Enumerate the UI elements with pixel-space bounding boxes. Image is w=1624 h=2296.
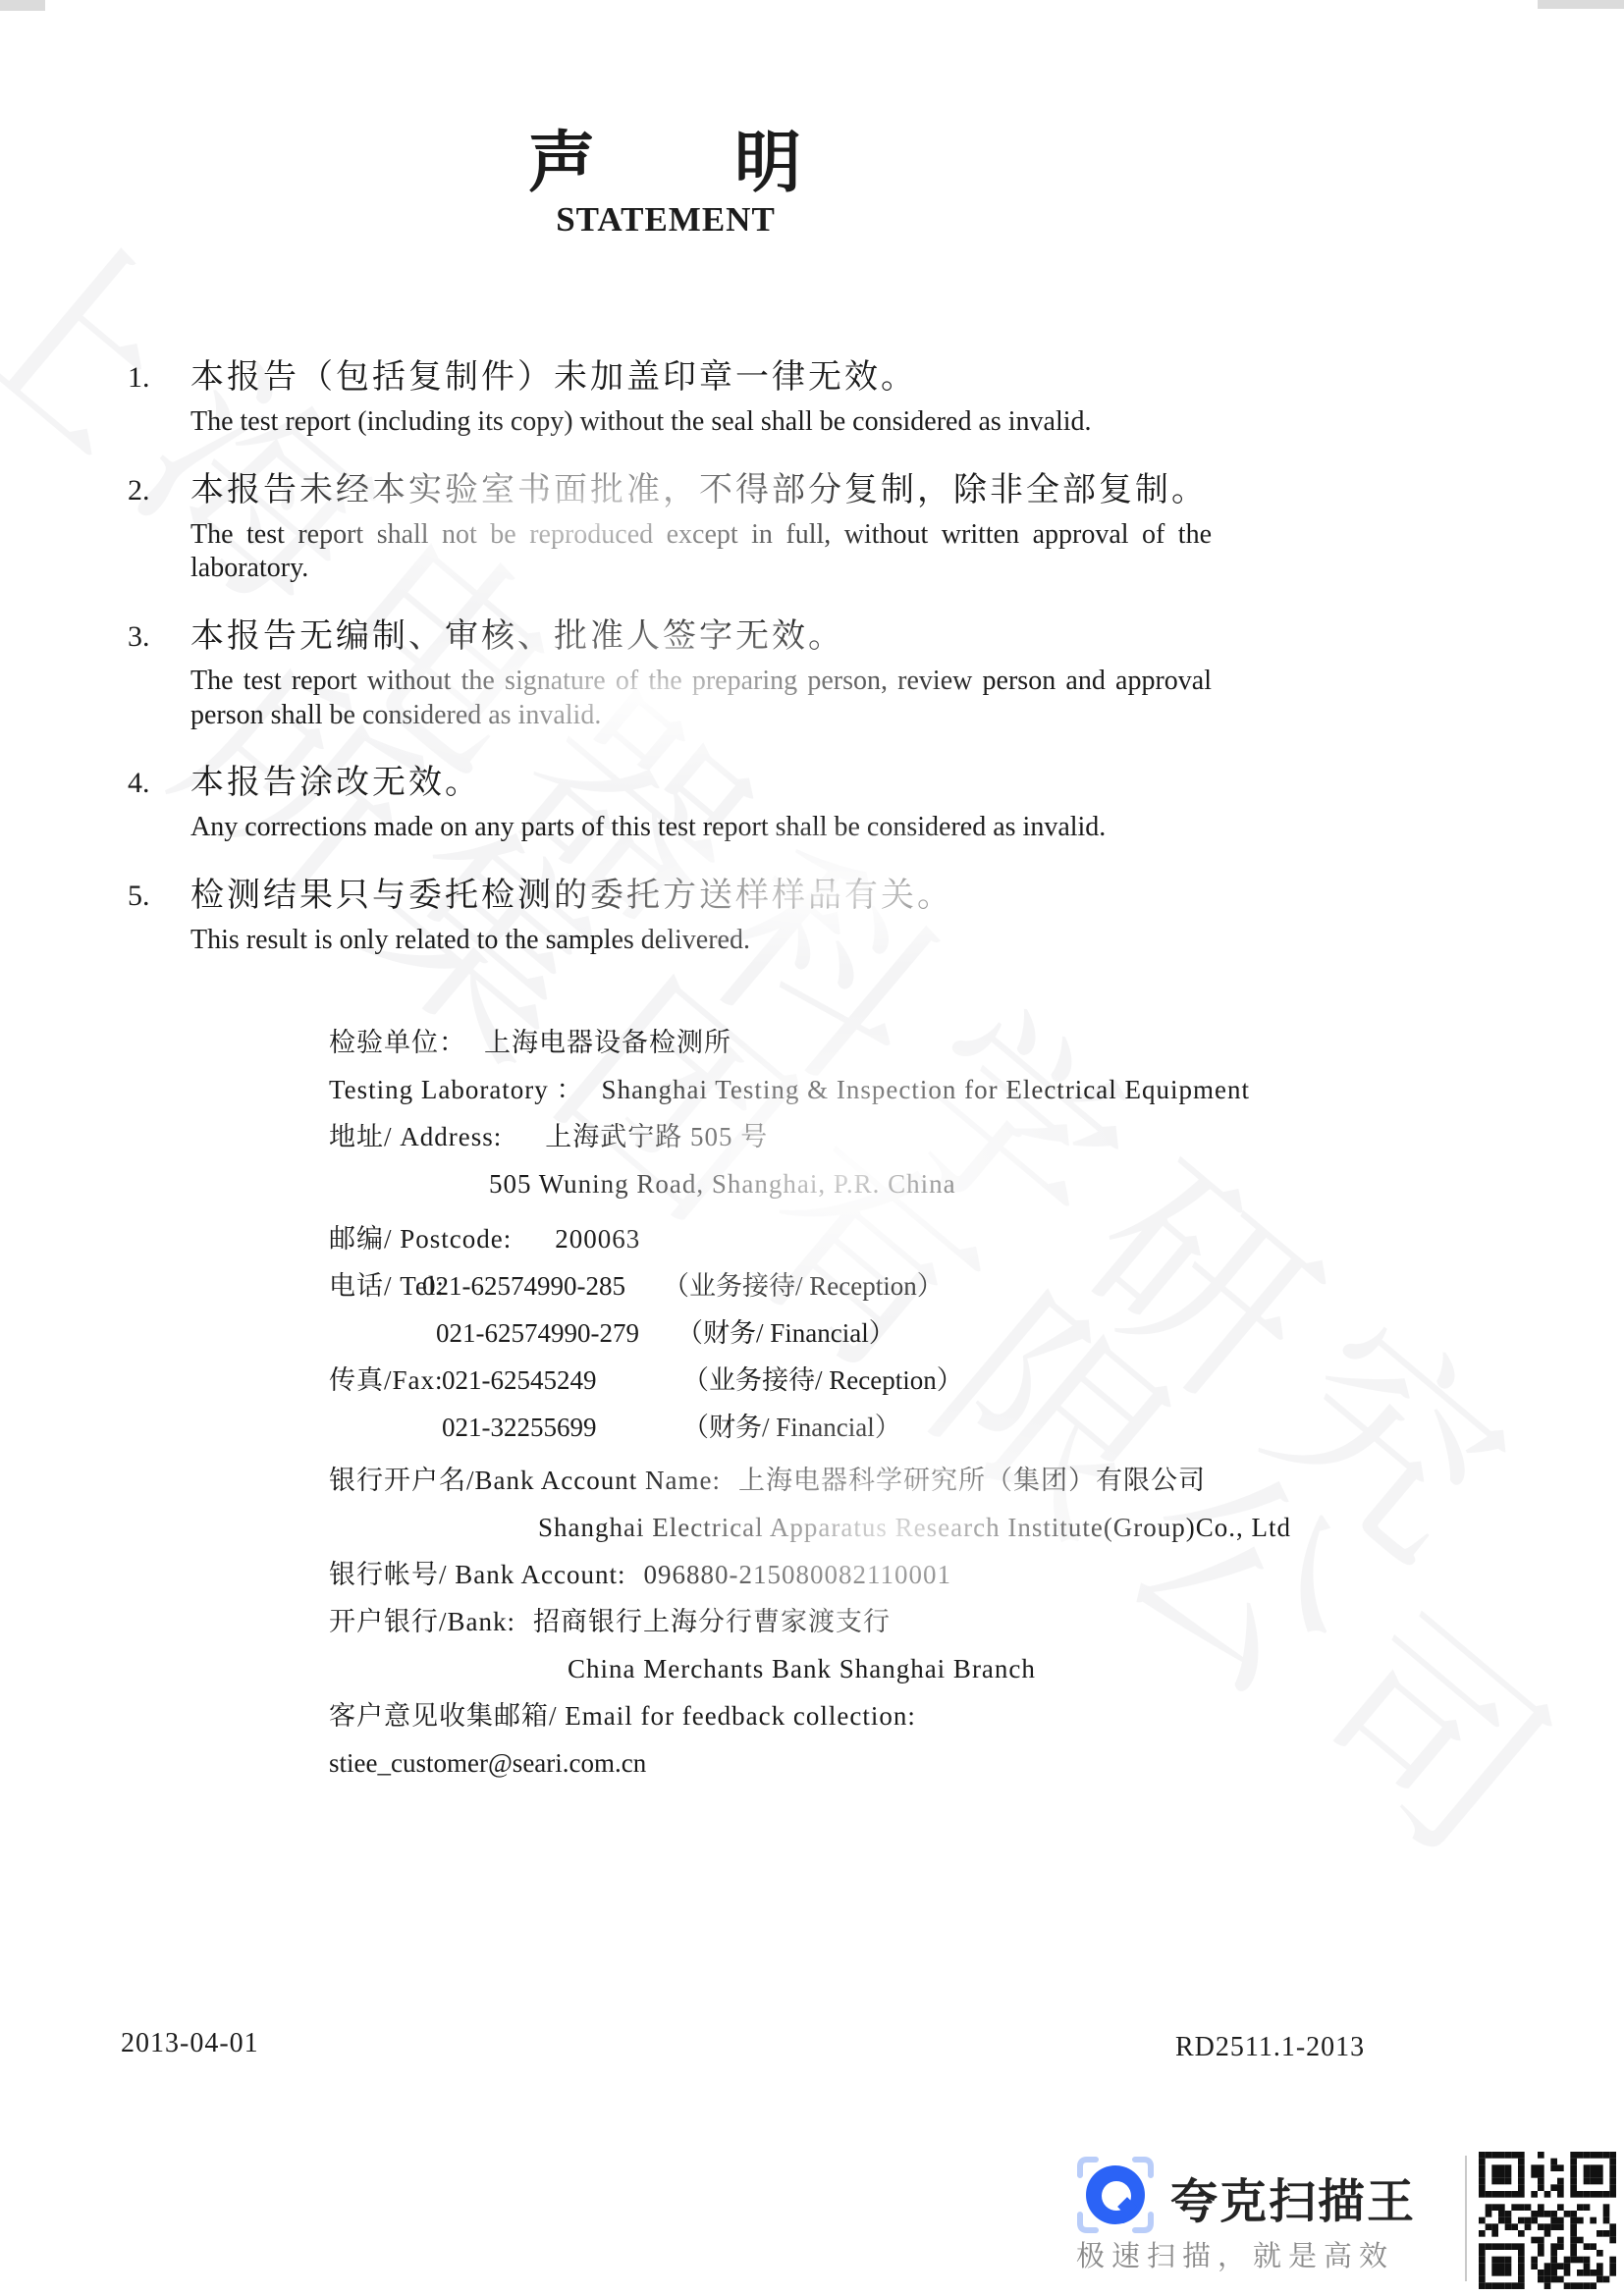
banner-divider [1465,2156,1467,2281]
statement-text-en: Any corrections made on any parts of thi… [190,811,1212,845]
contact-label: 地址/ Address: [329,1122,502,1151]
qr-code [1479,2152,1616,2289]
contact-line-unit-en: Testing Laboratory ：Shanghai Testing & I… [329,1066,1291,1113]
statement-list: 1. 本报告（包括复制件）未加盖印章一律无效。 The test report … [128,355,1218,986]
contact-line-address: 地址/ Address:上海武宁路 505 号 [329,1113,1291,1160]
statement-text-en: The test report without the signature of… [190,665,1212,732]
contact-value: 上海武宁路 505 号 [519,1122,768,1151]
statement-text-en: The test report (including its copy) wit… [190,405,1212,440]
contact-value: Shanghai Electrical Apparatus Research I… [538,1513,1291,1542]
contact-line-tel1: 电话/ Tel:021-62574990-285（业务接待/ Reception… [329,1262,1291,1309]
contact-line-fax2: 021-32255699（财务/ Financial） [329,1404,1291,1451]
contact-value: China Merchants Bank Shanghai Branch [568,1654,1036,1683]
statement-item: 4. 本报告涂改无效。 Any corrections made on any … [128,761,1218,845]
statement-text-zh: 本报告涂改无效。 [190,761,1212,806]
contact-line-tel2: 021-62574990-279（财务/ Financial） [329,1309,1291,1357]
contact-value: 021-62574990-279 [422,1309,677,1357]
scanner-app-slogan: 极速扫描，就是高效 [1076,2234,1394,2274]
contact-value: 096880-215080082110001 [643,1560,951,1589]
contact-label: 邮编/ Postcode: [329,1224,512,1254]
statement-text-zh: 本报告未经本实验室书面批准，不得部分复制，除非全部复制。 [190,468,1212,513]
scanned-statement-page: 上海电器科学研究 所集团有限公司 声 明 STATEMENT 1. 本报告（包括… [0,0,1624,2296]
statement-text-en: The test report shall not be reproduced … [190,518,1212,586]
footer-doc-number: RD2511.1-2013 [1175,2032,1365,2063]
contact-label: 检验单位： [329,1028,466,1057]
scan-artifact [0,0,45,11]
statement-item: 2. 本报告未经本实验室书面批准，不得部分复制，除非全部复制。 The test… [128,468,1218,586]
contact-label: 开户银行/Bank: [329,1607,515,1636]
statement-number: 1. [128,355,190,440]
statement-text-zh: 本报告（包括复制件）未加盖印章一律无效。 [190,355,1212,400]
contact-line-bank: 开户银行/Bank:招商银行上海分行曹家渡支行 [329,1598,1291,1645]
contact-label: 传真/Fax: [329,1357,422,1404]
contact-label: Testing Laboratory ： [329,1075,584,1104]
contact-block: 检验单位：上海电器设备检测所 Testing Laboratory ：Shang… [329,1019,1291,1787]
contact-line-email-label: 客户意见收集邮箱/ Email for feedback collection: [329,1692,1291,1739]
contact-label: 银行帐号/ Bank Account: [329,1560,625,1589]
statement-item: 1. 本报告（包括复制件）未加盖印章一律无效。 The test report … [128,355,1218,440]
statement-text-en: This result is only related to the sampl… [190,924,1212,958]
statement-number: 5. [128,874,190,958]
contact-note: （财务/ Financial） [682,1413,901,1442]
statement-item: 5. 检测结果只与委托检测的委托方送样样品有关。 This result is … [128,874,1218,958]
contact-value: 021-32255699 [422,1404,682,1451]
footer-date: 2013-04-01 [121,2028,259,2059]
contact-line-bankname: 银行开户名/Bank Account Name:上海电器科学研究所（集团）有限公… [329,1457,1291,1504]
contact-label: 客户意见收集邮箱/ Email for feedback collection: [329,1701,916,1731]
contact-value: 021-62545249 [422,1357,682,1404]
contact-line-email-value: stiee_customer@seari.com.cn [329,1739,1291,1787]
contact-line-address-en: 505 Wuning Road, Shanghai, P.R. China [329,1160,1291,1207]
contact-line-account: 银行帐号/ Bank Account:096880-21508008211000… [329,1551,1291,1598]
contact-line-unit: 检验单位：上海电器设备检测所 [329,1019,1291,1066]
scan-artifact [1538,0,1624,9]
contact-value: 021-62574990-285 [422,1262,663,1309]
scanner-app-name: 夸克扫描王 [1170,2163,1416,2231]
contact-note: （财务/ Financial） [677,1318,895,1348]
statement-text-zh: 检测结果只与委托检测的委托方送样样品有关。 [190,874,1212,919]
contact-label: 电话/ Tel: [329,1262,422,1309]
contact-email: stiee_customer@seari.com.cn [329,1748,646,1778]
contact-line-fax1: 传真/Fax:021-62545249（业务接待/ Reception） [329,1357,1291,1404]
statement-item: 3. 本报告无编制、审核、批准人签字无效。 The test report wi… [128,614,1218,732]
statement-number: 4. [128,761,190,845]
statement-number: 3. [128,614,190,732]
contact-label: 银行开户名/Bank Account Name: [329,1466,721,1495]
contact-note: （业务接待/ Reception） [663,1271,944,1301]
contact-value: 上海电器设备检测所 [484,1028,731,1057]
contact-value: 上海电器科学研究所（集团）有限公司 [738,1466,1206,1495]
quark-scanner-logo-icon [1074,2154,1157,2236]
contact-value: Shanghai Testing & Inspection for Electr… [602,1075,1250,1104]
contact-value: 200063 [529,1224,640,1254]
page-subtitle: STATEMENT [410,200,921,240]
statement-text-zh: 本报告无编制、审核、批准人签字无效。 [190,614,1212,660]
statement-number: 2. [128,468,190,586]
page-title: 声 明 [410,110,921,205]
contact-line-bank-en: China Merchants Bank Shanghai Branch [329,1645,1291,1692]
contact-value: 招商银行上海分行曹家渡支行 [533,1607,891,1636]
contact-line-postcode: 邮编/ Postcode:200063 [329,1215,1291,1262]
contact-value: 505 Wuning Road, Shanghai, P.R. China [489,1169,956,1199]
contact-note: （业务接待/ Reception） [682,1365,963,1395]
contact-line-bankname-en: Shanghai Electrical Apparatus Research I… [329,1504,1291,1551]
